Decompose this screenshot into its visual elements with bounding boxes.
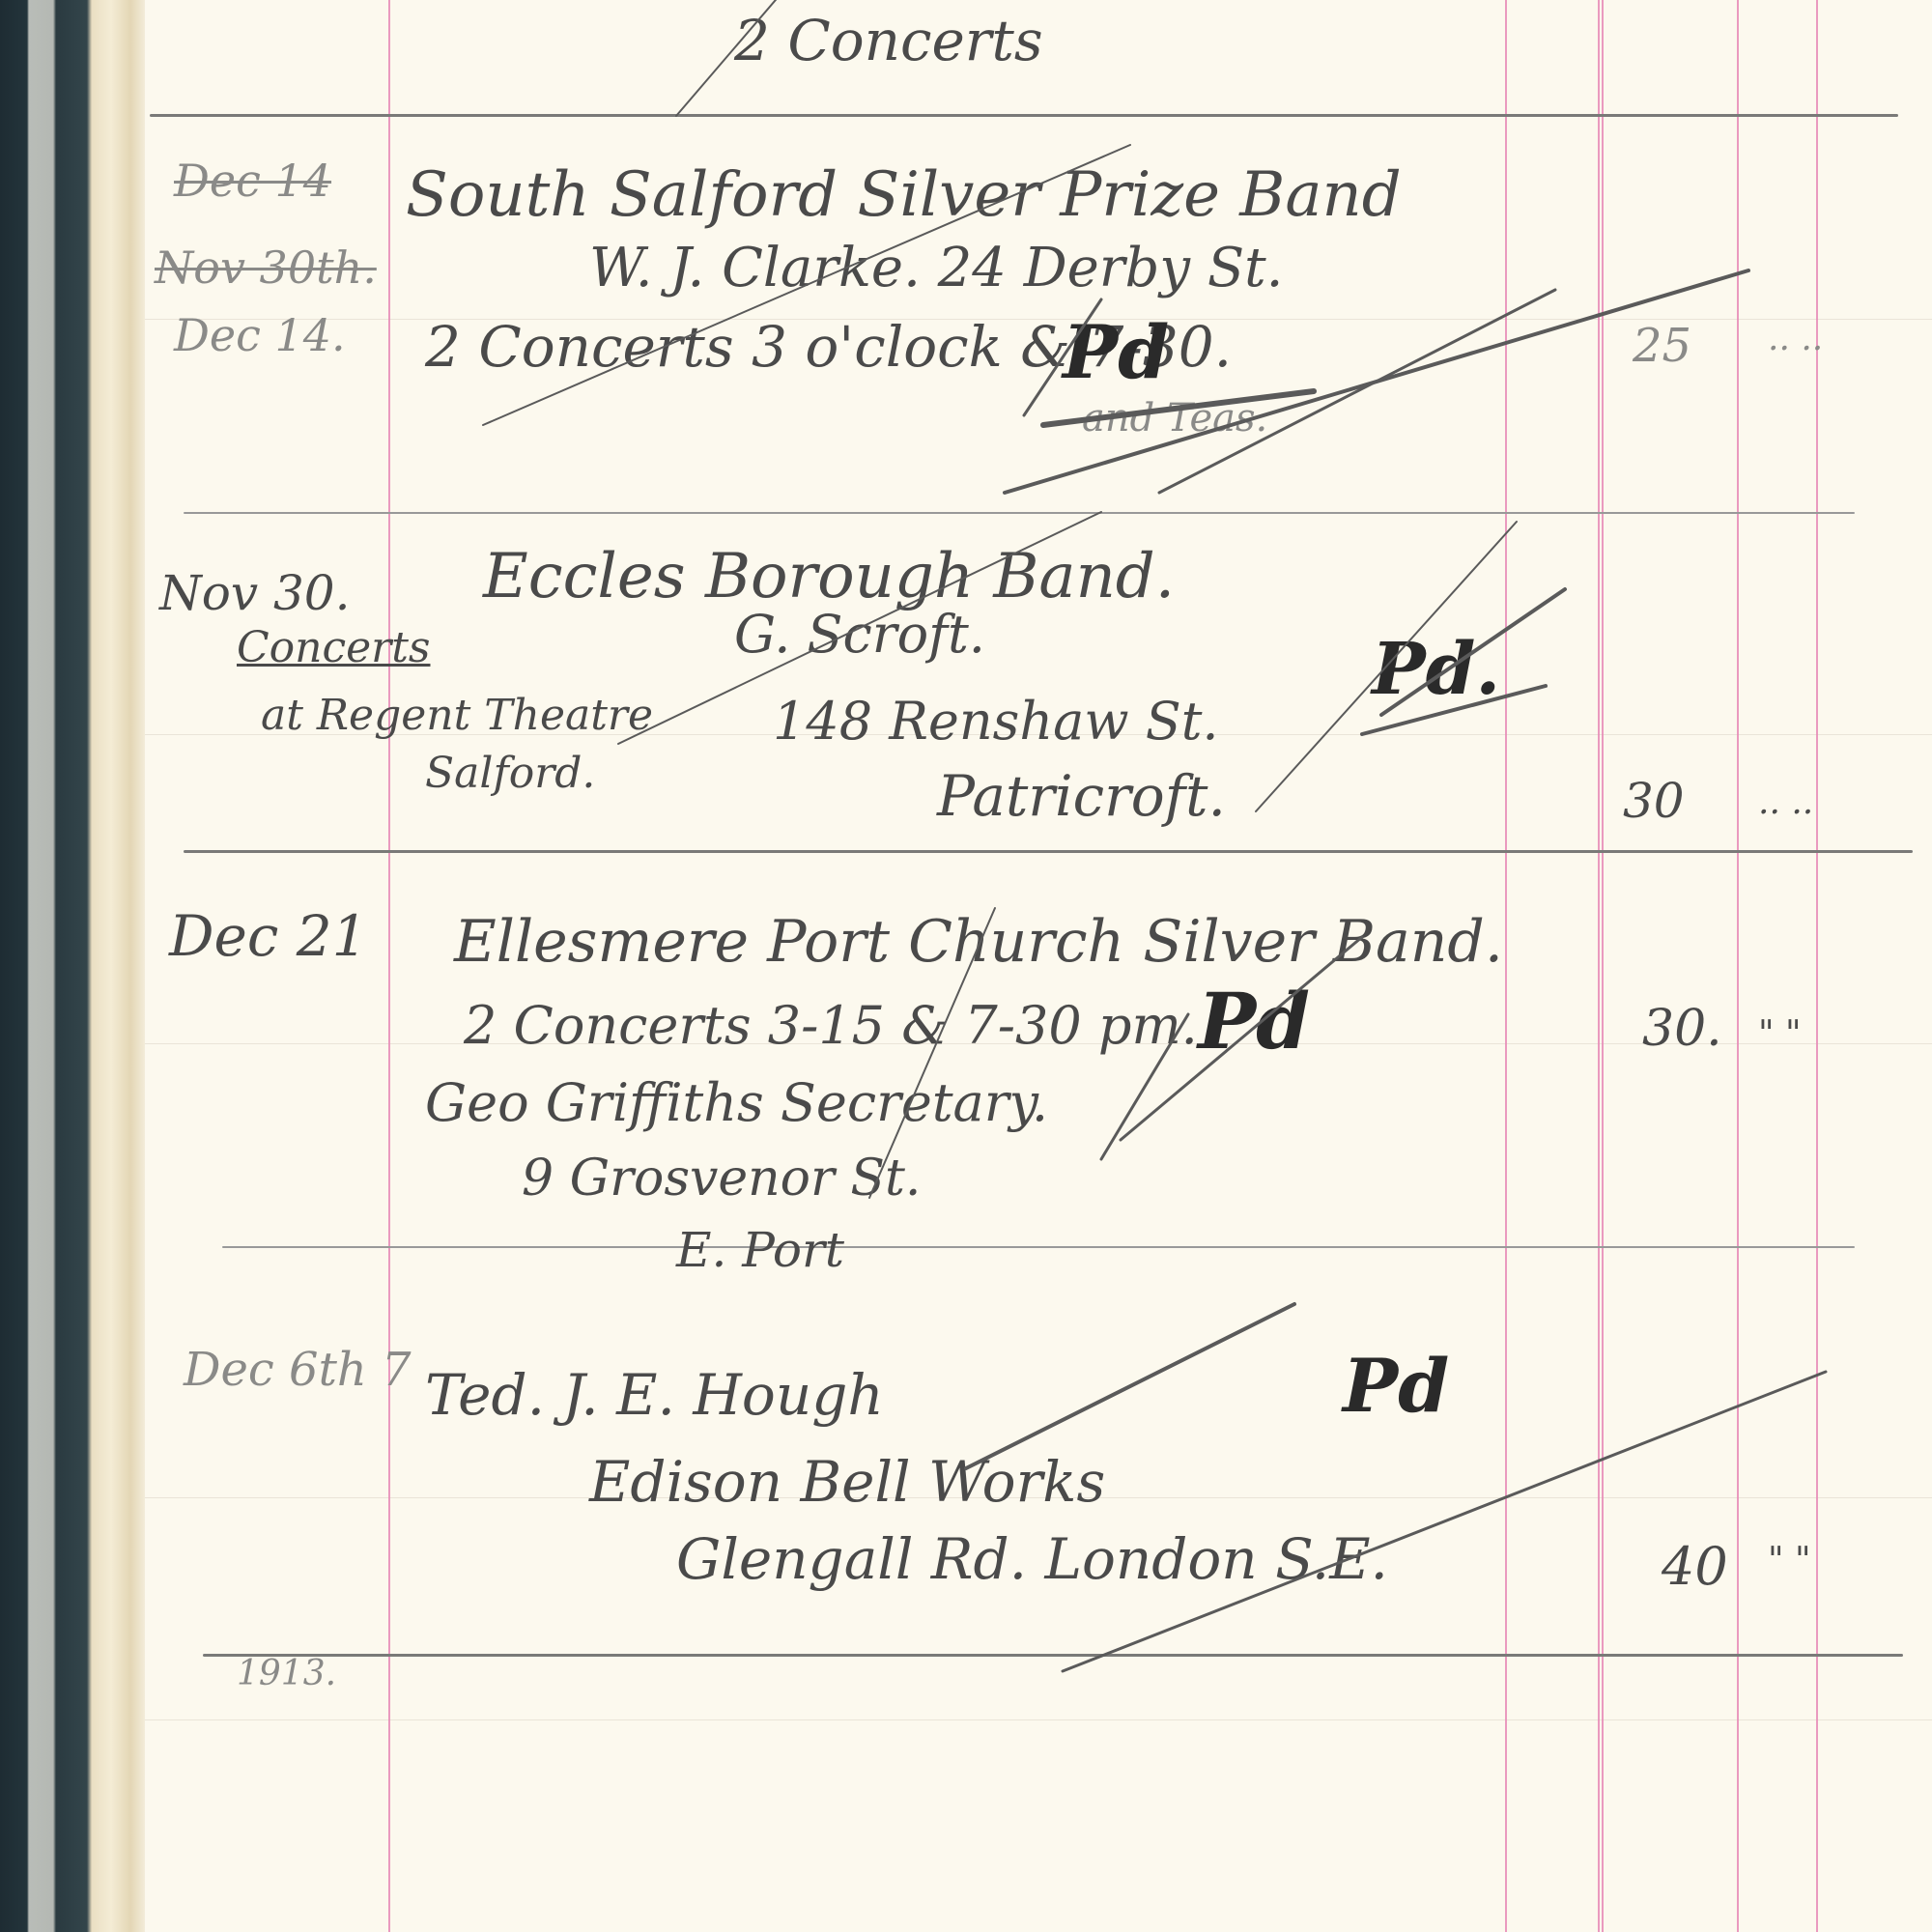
strike-through-marks [0,0,1932,1932]
